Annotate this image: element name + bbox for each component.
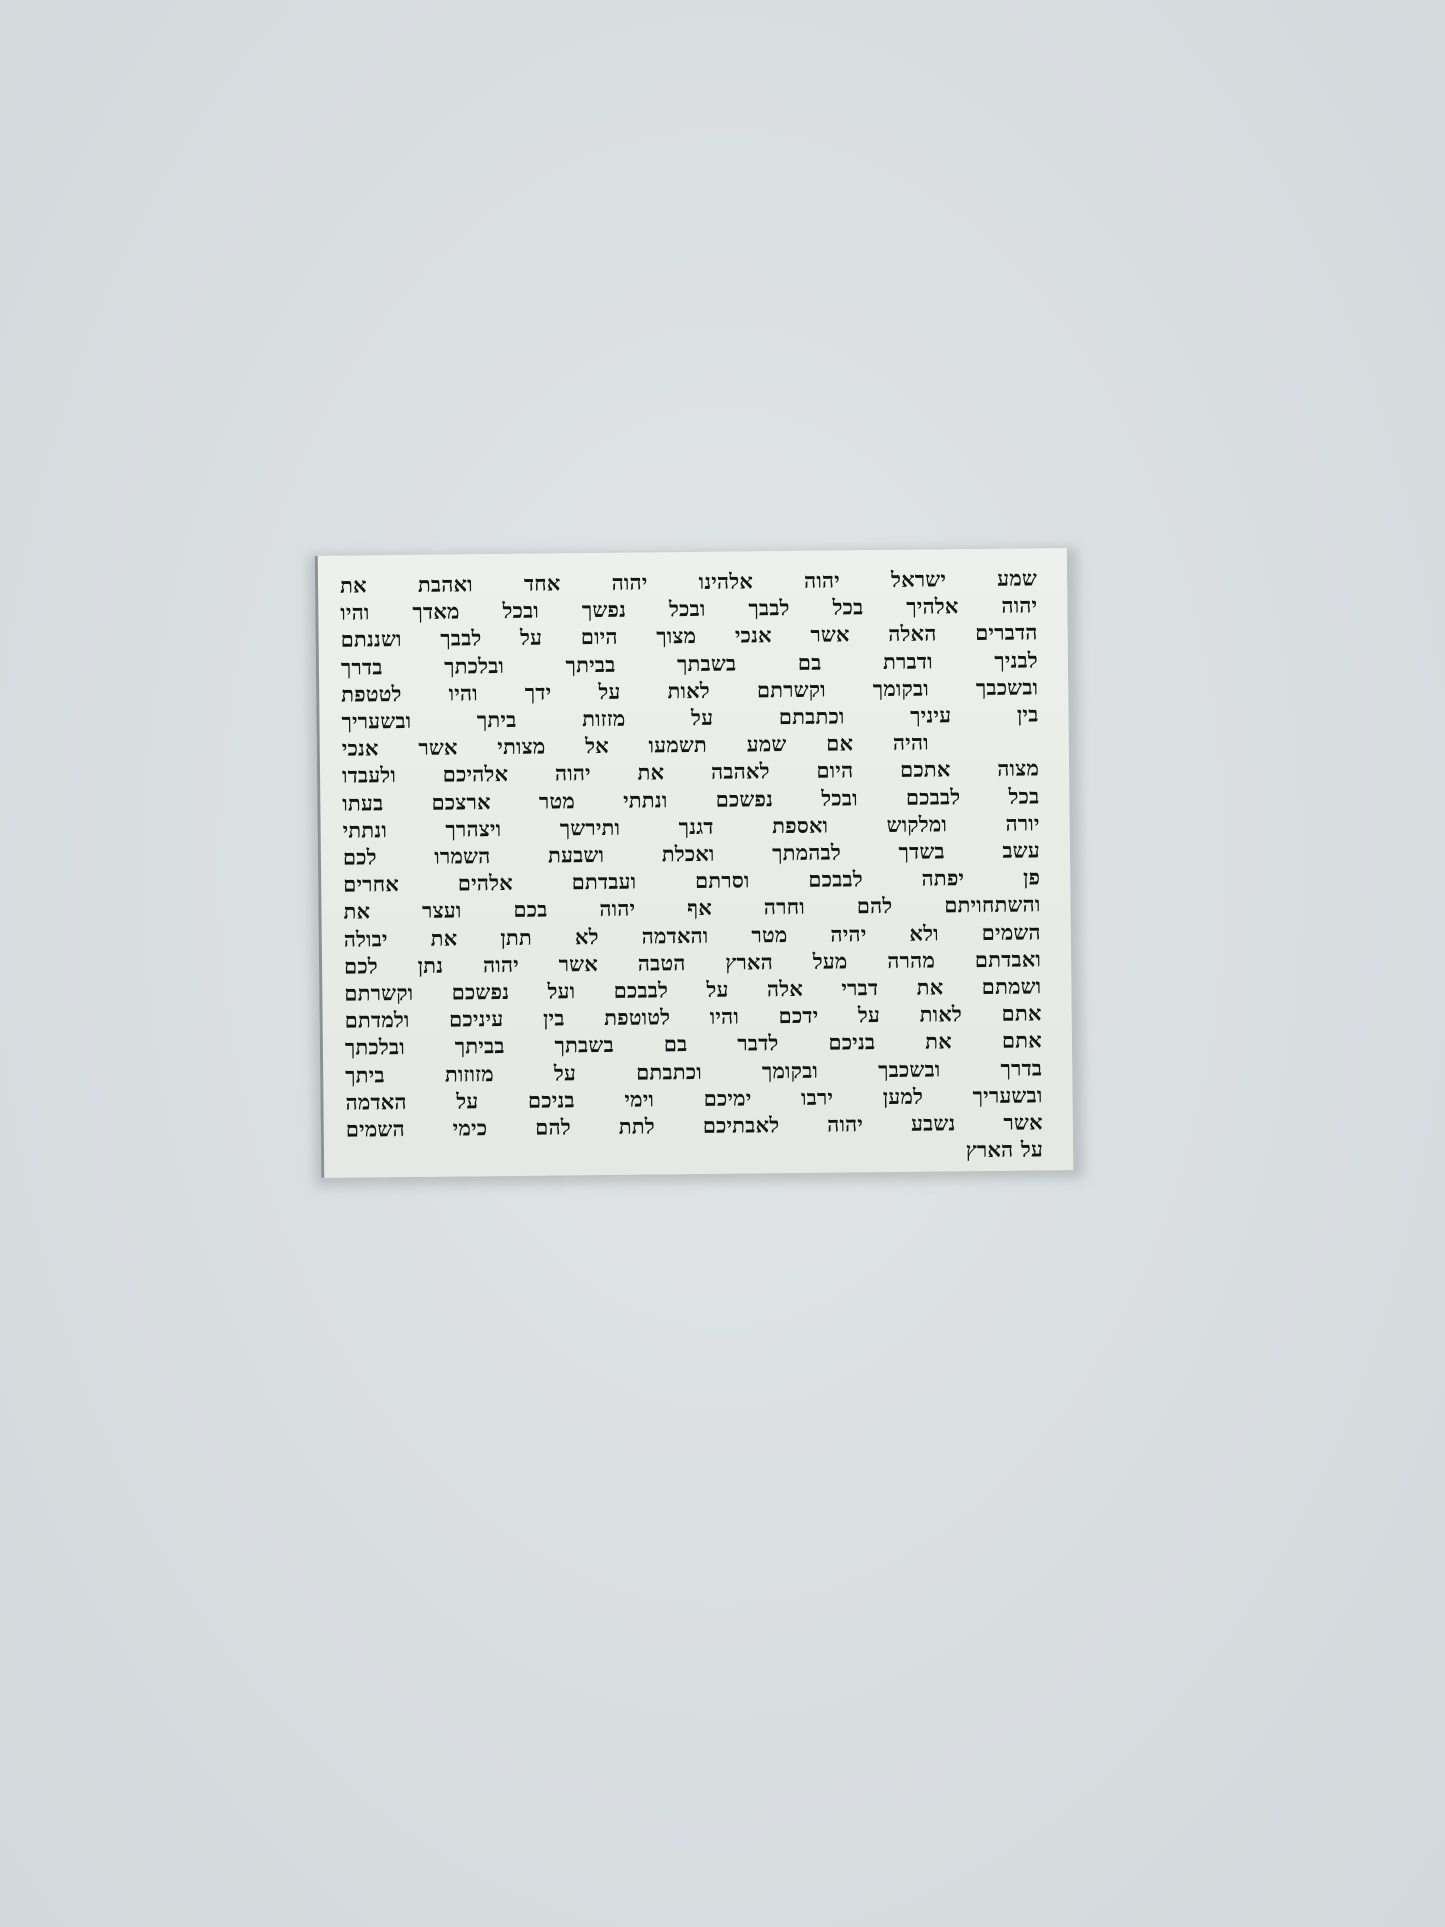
mezuzah-parchment: שמע ישראל יהוה אלהינו יהוה אחד ואהבת את … [315, 548, 1073, 1178]
parchment-text: שמע ישראל יהוה אלהינו יהוה אחד ואהבת את … [340, 564, 1043, 1170]
